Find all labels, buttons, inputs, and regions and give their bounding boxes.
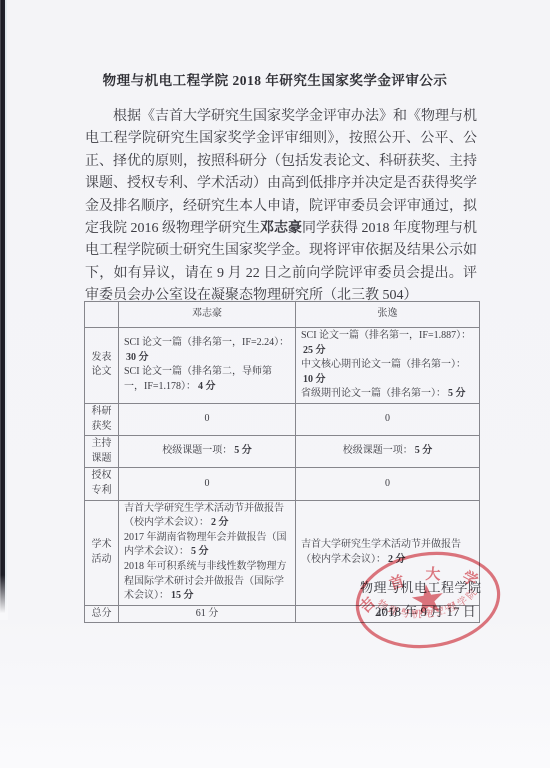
score-value: 5 分	[234, 445, 252, 456]
score-line: 0	[124, 477, 290, 492]
score-line: SCI 论文一篇（排名第二，导师第一，IF=1.178）：4 分	[124, 365, 290, 394]
paragraph-segment: 根据《吉首大学研究生国家奖学金评审办法》和《物理与机电工程学院研究生国家奖学金评…	[85, 109, 477, 236]
header-student-name: 张逸	[296, 302, 480, 328]
score-line: SCI 论文一篇（排名第一，IF=1.887）：25 分	[301, 329, 474, 358]
table-row: 科研获奖00	[85, 403, 480, 435]
score-cell: 吉首大学研究生学术活动节并做报告（校内学术会议）：2 分2017 年湖南省物理年…	[119, 500, 296, 605]
score-line: SCI 论文一篇（排名第一，IF=2.24）：30 分	[124, 336, 290, 365]
row-label: 科研获奖	[85, 403, 119, 435]
score-value: 2 分	[211, 517, 229, 528]
score-cell: 0	[296, 468, 480, 500]
table-row: 主持课题校级课题一项：5 分校级课题一项：5 分	[85, 436, 480, 468]
score-line: 61 分	[124, 607, 290, 622]
score-line: 吉首大学研究生学术活动节并做报告（校内学术会议）：2 分	[301, 538, 474, 567]
score-line: 0	[124, 412, 290, 427]
score-value: 10 分	[303, 374, 326, 385]
score-value: 30 分	[126, 352, 149, 363]
score-value: 4 分	[198, 381, 216, 392]
signature-date: 2018 年 9 月 17 日	[375, 601, 485, 620]
header-empty-cell	[85, 302, 119, 328]
score-value: 5 分	[415, 445, 433, 456]
score-value: 2 分	[388, 554, 406, 565]
row-label: 发表论文	[85, 328, 119, 404]
score-line: 0	[301, 477, 474, 492]
row-label: 授权专利	[85, 468, 119, 500]
document-title: 物理与机电工程学院 2018 年研究生国家奖学金评审公示	[0, 69, 550, 89]
row-label: 总分	[85, 605, 119, 623]
score-cell: 0	[296, 403, 480, 435]
score-value: 5 分	[191, 546, 209, 557]
scan-edge-fade	[0, 575, 8, 620]
score-value: 15 分	[171, 590, 194, 601]
score-cell: 0	[119, 403, 296, 435]
row-label: 学术活动	[85, 500, 119, 605]
score-value: 25 分	[303, 345, 326, 356]
header-student-name: 邓志豪	[119, 302, 296, 328]
scanned-announcement-page: 物理与机电工程学院 2018 年研究生国家奖学金评审公示 根据《吉首大学研究生国…	[0, 0, 550, 768]
score-value: 5 分	[448, 388, 466, 399]
score-line: 0	[301, 412, 474, 427]
body-paragraph: 根据《吉首大学研究生国家奖学金评审办法》和《物理与机电工程学院研究生国家奖学金评…	[85, 106, 477, 308]
awardee-name: 邓志豪	[260, 221, 302, 236]
score-table: 邓志豪张逸 发表论文SCI 论文一篇（排名第一，IF=2.24）：30 分SCI…	[84, 301, 480, 623]
table-row: 授权专利00	[85, 468, 480, 500]
score-line: 校级课题一项：5 分	[301, 444, 474, 459]
signature-organization: 物理与机电工程学院	[360, 577, 485, 596]
score-line: 中文核心期刊论文一篇（排名第一）：10 分	[301, 358, 474, 387]
table-row: 发表论文SCI 论文一篇（排名第一，IF=2.24）：30 分SCI 论文一篇（…	[85, 328, 480, 404]
score-line: 校级课题一项：5 分	[124, 444, 290, 459]
score-line: 2018 年可积系统与非线性数学物理方程国际学术研讨会并做报告（国际学术会议）：…	[124, 560, 290, 604]
score-cell: 校级课题一项：5 分	[296, 436, 480, 468]
score-line: 省级期刊论文一篇（排名第一）：5 分	[301, 387, 474, 402]
scan-edge-artifact	[0, 0, 7, 618]
score-cell: 0	[119, 468, 296, 500]
score-cell: 校级课题一项：5 分	[119, 436, 296, 468]
score-cell: 61 分	[119, 605, 296, 623]
score-line: 2017 年湖南省物理年会并做报告（国内学术会议）：5 分	[124, 531, 290, 560]
score-cell: SCI 论文一篇（排名第一，IF=1.887）：25 分中文核心期刊论文一篇（排…	[296, 328, 480, 404]
table-header-row: 邓志豪张逸	[85, 302, 480, 328]
row-label: 主持课题	[85, 436, 119, 468]
score-cell: SCI 论文一篇（排名第一，IF=2.24）：30 分SCI 论文一篇（排名第二…	[119, 328, 296, 404]
score-line: 吉首大学研究生学术活动节并做报告（校内学术会议）：2 分	[124, 502, 290, 531]
